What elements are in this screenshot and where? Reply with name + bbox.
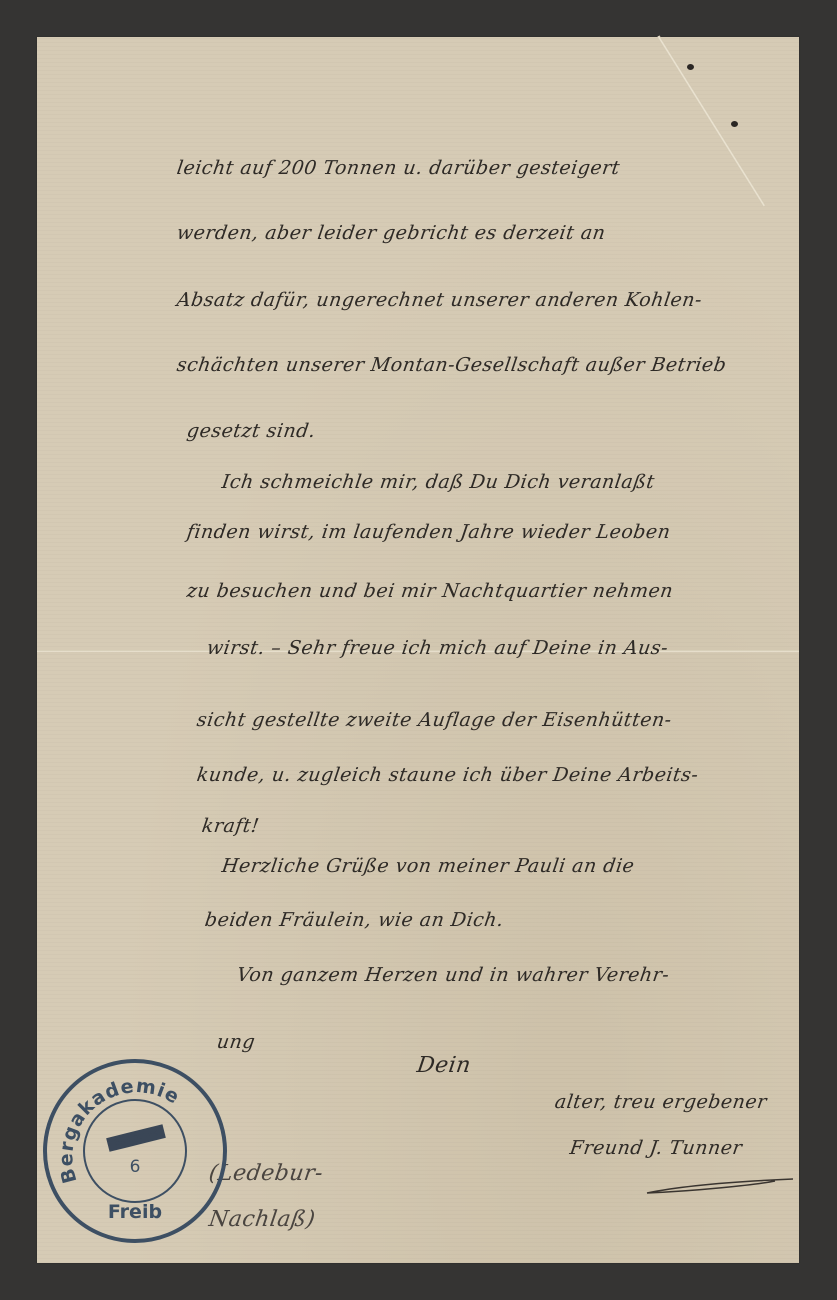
letter-line: wirst. – Sehr freue ich mich auf Deine i… bbox=[205, 637, 669, 659]
letter-line: Von ganzem Herzen und in wahrer Verehr- bbox=[235, 964, 670, 986]
signature: Freund J. Tunner bbox=[568, 1137, 743, 1159]
punch-hole bbox=[687, 64, 694, 70]
letter-line: sicht gestellte zweite Auflage der Eisen… bbox=[195, 709, 673, 731]
letter-line: schächten unserer Montan-Gesellschaft au… bbox=[175, 354, 728, 376]
archive-note-line: Nachlaß) bbox=[207, 1207, 317, 1232]
stamp-bottom-text: Freib bbox=[47, 1201, 223, 1223]
letter-line: Ich schmeichle mir, daß Du Dich veranlaß… bbox=[220, 471, 656, 493]
closing-word: Dein bbox=[415, 1053, 472, 1078]
letter-line: gesetzt sind. bbox=[185, 420, 317, 442]
letter-line: kunde, u. zugleich staune ich über Deine… bbox=[195, 764, 700, 786]
letter-line: beiden Fräulein, wie an Dich. bbox=[203, 909, 505, 931]
letter-line: finden wirst, im laufenden Jahre wieder … bbox=[185, 521, 672, 543]
letter-line: zu besuchen und bei mir Nachtquartier ne… bbox=[185, 580, 674, 602]
letter-page: leicht auf 200 Tonnen u. darüber gesteig… bbox=[37, 37, 799, 1263]
stamp-obscured-label: Bibliothek bbox=[106, 1124, 166, 1152]
letter-line: kraft! bbox=[200, 815, 260, 837]
signature-flourish bbox=[645, 1177, 795, 1197]
letter-line: Absatz dafür, ungerechnet unserer andere… bbox=[175, 289, 703, 311]
stamp-number: 6 bbox=[85, 1157, 185, 1177]
diagonal-corner-fold bbox=[657, 35, 766, 206]
letter-line: ung bbox=[215, 1031, 256, 1053]
stamp-inner-ring: Bibliothek 6 bbox=[83, 1099, 187, 1203]
closing-line: alter, treu ergebener bbox=[553, 1091, 768, 1113]
letter-line: Herzliche Grüße von meiner Pauli an die bbox=[220, 855, 635, 877]
letter-line: werden, aber leider gebricht es derzeit … bbox=[175, 222, 607, 244]
library-stamp: Bergakademie Bibliothek 6 Freib bbox=[43, 1059, 227, 1243]
letter-line: leicht auf 200 Tonnen u. darüber gesteig… bbox=[175, 157, 621, 179]
punch-hole bbox=[731, 121, 738, 127]
